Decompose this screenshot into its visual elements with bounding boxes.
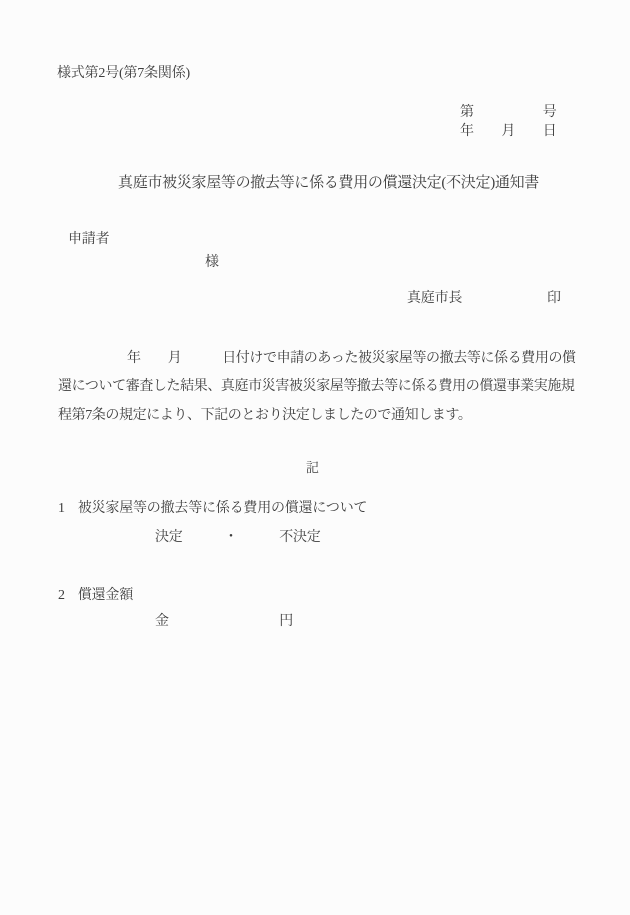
issue-date-line: 年 月 日 (460, 122, 557, 142)
item-2-row: 2 償還金額 (58, 586, 133, 606)
body-line-3: 程第7条の規定により、下記のとおり決定しましたので通知します。 (58, 406, 471, 426)
mayor-signature: 真庭市長 (407, 289, 462, 309)
form-number: 様式第2号(第7条関係) (57, 64, 190, 84)
document-page: 様式第2号(第7条関係) 第 号 年 月 日 真庭市被災家屋等の撤去等に係る費用… (0, 0, 630, 915)
item-2-number: 2 (58, 586, 65, 606)
item-1-label: 被災家屋等の撤去等に係る費用の償還について (78, 499, 368, 519)
item-2-label: 償還金額 (78, 586, 133, 606)
document-title: 真庭市被災家屋等の撤去等に係る費用の償還決定(不決定)通知書 (118, 173, 539, 193)
item-1-row: 1 被災家屋等の撤去等に係る費用の償還について (58, 499, 367, 519)
item-1-choices: 決定 ・ 不決定 (155, 528, 321, 548)
document-number-line: 第 号 (460, 103, 557, 123)
body-line-2: 還について審査した結果、真庭市災害被災家屋等撤去等に係る費用の償還事業実施規 (58, 377, 575, 397)
seal-placeholder: 印 (547, 289, 561, 309)
section-marker: 記 (306, 458, 319, 478)
item-2-amount: 金 円 (155, 612, 293, 632)
applicant-label: 申請者 (68, 230, 109, 250)
body-line-1: 年 月 日付けで申請のあった被災家屋等の撤去等に係る費用の償 (127, 349, 576, 369)
applicant-honorific: 様 (205, 253, 219, 273)
item-1-number: 1 (58, 499, 65, 519)
